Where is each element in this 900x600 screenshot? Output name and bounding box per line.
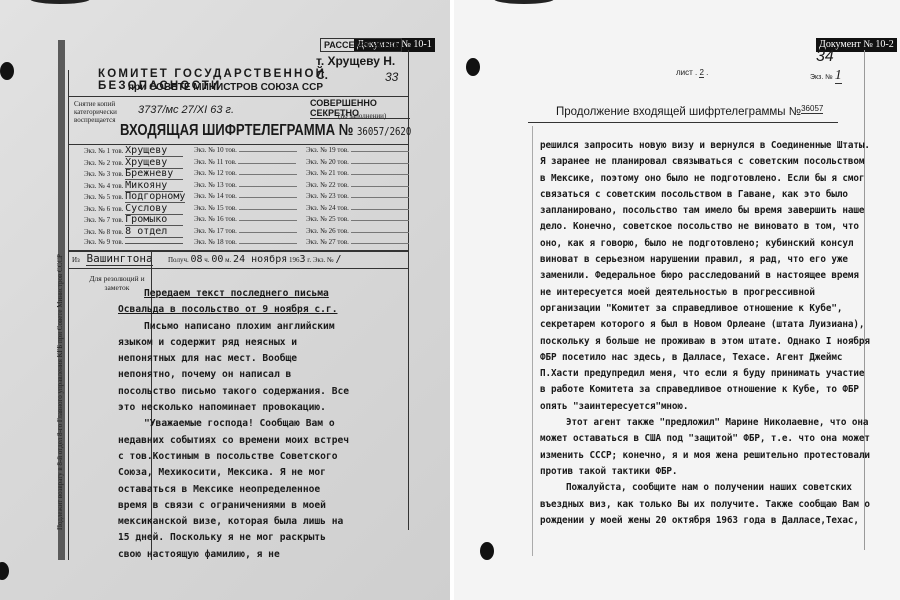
document-title: ВХОДЯЩАЯ ШИФРТЕЛЕГРАММА № 36057/2620 — [120, 122, 411, 140]
recipient-name: Суслову — [125, 204, 183, 215]
punch-hole — [480, 542, 494, 560]
distribution-row: Экз. № 5 тов. ПодгорномуЭкз. № 14 тов. Э… — [84, 192, 404, 204]
distribution-grid: Экз. № 1 тов. ХрущевуЭкз. № 10 тов. Экз.… — [84, 146, 404, 250]
distribution-row: Экз. № 1 тов. ХрущевуЭкз. № 10 тов. Экз.… — [84, 146, 404, 158]
recipient-name — [125, 243, 183, 244]
paragraph: Письмо написано плохим английским языком… — [118, 319, 354, 417]
punch-hole — [0, 562, 9, 580]
binder-shadow — [494, 0, 554, 4]
from-field: Из Вашингтона — [72, 252, 153, 265]
declassified-stamp: РАССЕКРЕЧЕНО — [320, 38, 402, 52]
copy-number: Экз. № 1 — [810, 68, 842, 84]
telegram-body: Передаем текст последнего письма Освальд… — [118, 286, 354, 563]
page-number: 34 — [816, 48, 834, 66]
document-page-10-1: Документ № 10-1 Подлежит возврату в 8-й … — [0, 0, 450, 600]
punch-hole — [0, 62, 14, 80]
registration-number: 3737/мс 27/XI 63 г. — [138, 104, 234, 116]
telegram-body: решился запросить новую визу и вернулся … — [540, 138, 870, 529]
secrecy-sub: (по заполнении) — [338, 112, 386, 120]
document-page-10-2: Документ № 10-2 лист . 2 . Экз. № 1 34 П… — [450, 0, 900, 600]
punch-hole — [466, 58, 480, 76]
paragraph: решился запросить новую визу и вернулся … — [540, 138, 870, 415]
recipient-name: Микояну — [125, 181, 183, 192]
copy-restriction: Снятие копий категорически воспрещается — [74, 100, 144, 124]
recipient-name: Подгорному — [125, 192, 185, 203]
paragraph: Передаем текст последнего письма Освальд… — [118, 286, 354, 319]
recipient-name: Хрущеву — [125, 158, 183, 169]
agency-sub: при СОВЕТЕ МИНИСТРОВ СОЮЗА ССР — [128, 82, 323, 93]
sheet-number: лист . 2 . — [676, 68, 708, 77]
distribution-row: Экз. № 7 тов. ГромыкоЭкз. № 16 тов. Экз.… — [84, 215, 404, 227]
side-text: Подлежит возврату в 8-й отдел 8-го Главн… — [56, 170, 68, 530]
distribution-row: Экз. № 3 тов. БрежневуЭкз. № 12 тов. Экз… — [84, 169, 404, 181]
recipient-name: Громыко — [125, 215, 183, 226]
recipient-name: 8 отдел — [125, 227, 183, 238]
document-title: Продолжение входящей шифртелеграммы №360… — [556, 104, 823, 118]
distribution-row: Экз. № 9 тов. Экз. № 18 тов. Экз. № 27 т… — [84, 238, 404, 250]
paragraph: "Уважаемые господа! Сообщаю Вам о недавн… — [118, 416, 354, 563]
recipient-name: Брежневу — [125, 169, 183, 180]
recipient-name: Хрущеву — [125, 146, 183, 157]
paragraph: Пожалуйста, сообщите нам о получении наш… — [540, 480, 870, 529]
binder-shadow — [30, 0, 90, 4]
paragraph: Этот агент также "предложил" Марине Нико… — [540, 415, 870, 480]
received-field: Получ. 08 ч. 00 м. 24 ноября 1963 г. Экз… — [168, 254, 342, 265]
distribution-row: Экз. № 8 тов. 8 отделЭкз. № 17 тов. Экз.… — [84, 227, 404, 239]
